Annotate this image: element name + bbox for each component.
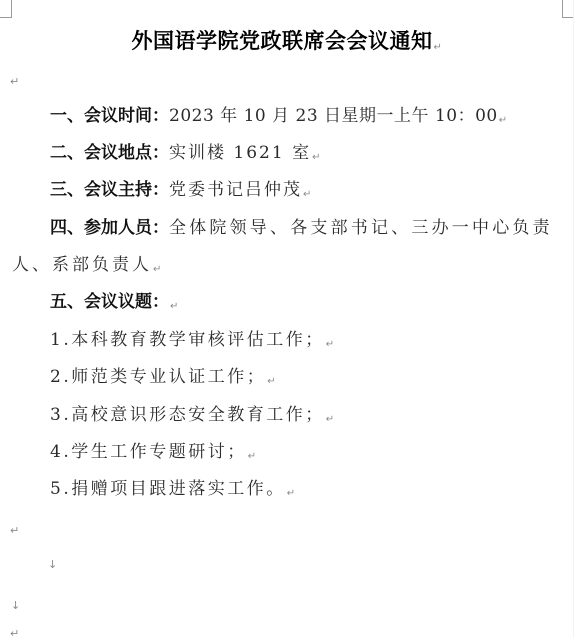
section-meeting-location: 二、会议地点：实训楼 1621 室↵ xyxy=(12,141,574,170)
agenda-item-text: 1.本科教育教学审核评估工作； xyxy=(50,330,325,350)
section-value: 2023 年 10 月 23 日星期一上午 10：00 xyxy=(169,106,498,126)
title-text: 外国语学院党政联席会会议通知 xyxy=(132,28,433,53)
paragraph-mark-icon: ↵ xyxy=(248,451,256,462)
paragraph-mark-icon: ↵ xyxy=(312,152,320,163)
agenda-item: 1.本科教育教学审核评估工作；↵ xyxy=(12,328,574,357)
section-value: 全体院领导、各支部书记、三办一中心负责 xyxy=(169,218,553,238)
paragraph-mark-icon: ↵ xyxy=(267,376,275,387)
section-attendees-continued: 人、系部负责人↵ xyxy=(12,253,572,282)
document-title: 外国语学院党政联席会会议通知↵ xyxy=(12,26,562,63)
section-label: 五、会议议题： xyxy=(50,292,169,312)
agenda-item: 2.师范类专业认证工作；↵ xyxy=(12,365,574,394)
section-label: 二、会议地点： xyxy=(50,143,169,163)
paragraph-mark-icon: ↵ xyxy=(10,75,19,88)
crop-mark-top-left xyxy=(0,0,12,18)
agenda-item: 3.高校意识形态安全教育工作；↵ xyxy=(12,403,574,432)
paragraph-mark-icon: ↵ xyxy=(170,301,178,312)
section-label: 三、会议主持： xyxy=(50,180,169,200)
agenda-item-text: 2.师范类专业认证工作； xyxy=(50,367,266,387)
agenda-item: 4.学生工作专题研讨；↵ xyxy=(12,440,574,469)
section-attendees: 四、参加人员：全体院领导、各支部书记、三办一中心负责 xyxy=(12,216,574,240)
section-meeting-time: 一、会议时间：2023 年 10 月 23 日星期一上午 10：00↵ xyxy=(12,104,574,133)
line-break-icon: ↓ xyxy=(11,599,20,612)
line-break-icon: ↓ xyxy=(48,558,57,571)
section-value-continued: 人、系部负责人 xyxy=(12,255,152,275)
agenda-item-text: 3.高校意识形态安全教育工作； xyxy=(50,405,325,425)
paragraph-mark-icon: ↵ xyxy=(303,189,311,200)
agenda-item-text: 5.捐赠项目跟进落实工作。 xyxy=(50,479,286,499)
paragraph-mark-icon: ↵ xyxy=(10,524,19,537)
paragraph-mark-icon: ↵ xyxy=(434,42,443,53)
paragraph-mark-icon: ↵ xyxy=(153,264,161,275)
section-meeting-host: 三、会议主持：党委书记吕仲茂↵ xyxy=(12,178,574,207)
section-label: 一、会议时间： xyxy=(50,106,169,126)
paragraph-mark-icon: ↵ xyxy=(326,339,334,350)
agenda-item: 5.捐赠项目跟进落实工作。↵ xyxy=(12,477,574,506)
paragraph-mark-icon: ↵ xyxy=(499,115,507,126)
section-value: 党委书记吕仲茂 xyxy=(169,180,302,200)
paragraph-mark-icon: ↵ xyxy=(287,488,295,499)
paragraph-mark-icon: ↵ xyxy=(326,414,334,425)
agenda-item-text: 4.学生工作专题研讨； xyxy=(50,442,247,462)
section-label: 四、参加人员： xyxy=(50,218,169,238)
paragraph-mark-icon: ↵ xyxy=(10,627,19,638)
section-value: 实训楼 1621 室 xyxy=(169,143,311,163)
section-agenda: 五、会议议题：↵ xyxy=(12,290,574,319)
